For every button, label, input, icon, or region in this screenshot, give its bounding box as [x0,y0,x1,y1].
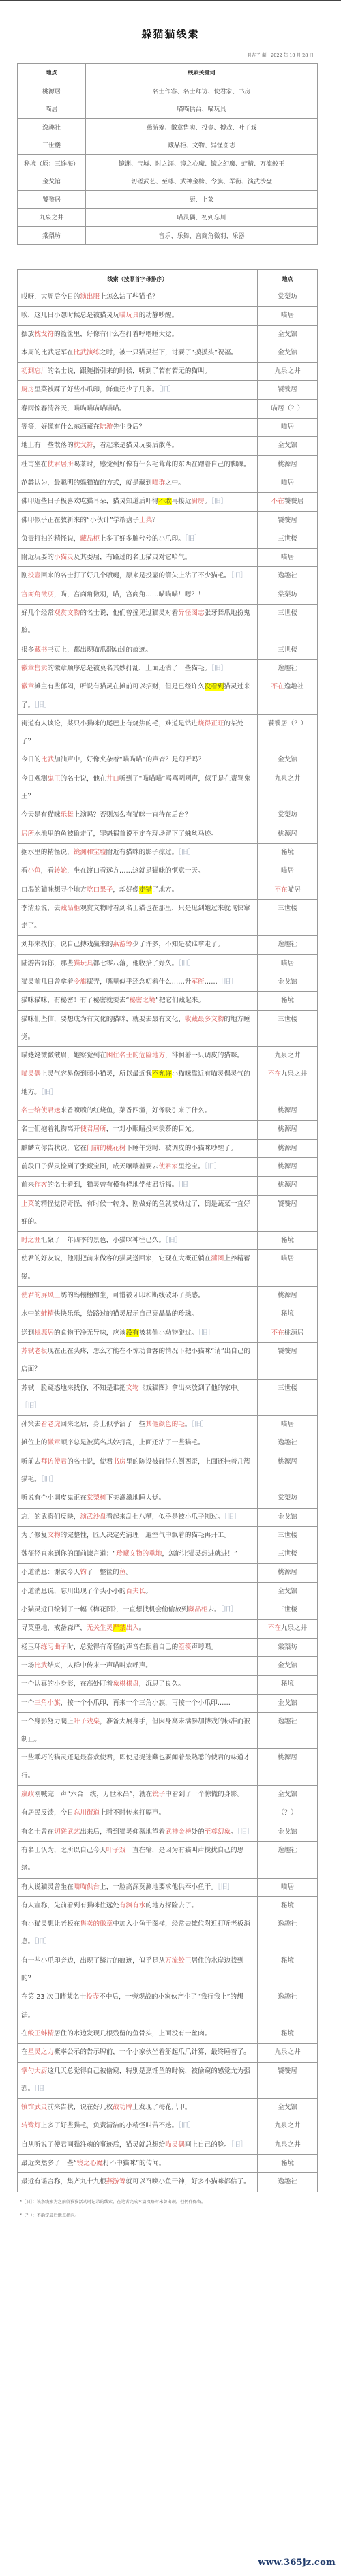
old-tag: ［旧］ [41,1089,57,1096]
clue-keyword: 看老虎 [41,1421,61,1428]
clue-text: 喝茶时，感觉到好像有什么毛茸茸的东西在蹭着自己的脚踝。 [74,461,250,468]
clue-cell: 宫商角徵羽，喵，宫商角徵羽，喵，宫商角……喵喵喵！嗯？！ [18,586,258,604]
location-cell: 饕餮居 [258,381,318,399]
clue-row: 送到桃源居的食物干净无异味，应该没有被其他小动物碰过。［旧］不在桃源居 [18,1324,318,1342]
old-tag: ［旧］ [178,960,194,967]
clue-keyword: 喵玩具 [119,312,139,319]
location-name: 三世楼 [278,609,297,617]
clue-keyword: 掌勺大厨 [21,2067,47,2075]
clue-text: 附近玩耍的 [21,554,54,561]
clue-keyword: 叶子戏桌 [74,1718,100,1725]
clue-keyword: 转轮 [54,867,67,875]
location-name: 秘境 [281,1957,294,1965]
clue-text: 苏轼一脸疑惑地来找你，不知是谁把 [21,1384,126,1392]
location-name: 逸趣社 [278,1718,297,1725]
clue-text: 上发现了梅花爪印。 [132,2104,191,2111]
clue-row: 初到忘川的名士说，跟随指引来的时候，听到了若有若无的猫叫。九泉之井 [18,363,318,381]
location-name: 饕餮居 [278,386,297,393]
location-name: 棠梨坊 [278,293,297,301]
clue-cell: 有名士曾在切磋武艺出来后，看到猫灵仰慕地望着武神金榜处的至尊幻象。［旧］ [18,1823,258,1841]
clue-keyword: 比武演练 [74,349,100,357]
clue-keyword: 至尊幻象 [205,1828,231,1836]
clue-text: 佛印似乎正在教新来的“小伙计”学端盘子 [21,517,139,524]
location-cell: 九泉之井 [258,363,318,381]
clue-keyword: 三角小旗 [34,1699,60,1707]
location-name: 桃源居 [278,461,297,468]
clue-cell: 猫灵前几日曾拿着令旗摆弄，嘴里似乎还念叨着什么……升军衔……［旧］ [18,973,258,991]
clue-keyword: 藏品柜 [80,535,100,543]
clue-row: 小道消息说，忘川出现了个头小小的百夫长。金戈馆 [18,1582,318,1601]
location-cell: 三世楼 [18,136,86,155]
clue-text: 时，总觉得有奇怪的声音在跟着自己的 [67,1643,178,1651]
clue-cell: 摆放枕戈符的篮筐里，好像有什么在打着呼噜睡大觉。 [18,325,258,344]
clue-cell: 小道消息：谢玄今天钓了一整筐的鱼。 [18,1564,258,1582]
clue-cell: 街道有人谈论，某只小猫咪的尾巴上有烧焦的毛，难道是钻进烧得正旺的某处了？ [18,714,258,751]
clue-keyword: 叶子戏 [106,1847,126,1854]
location-cell: 秘境 [258,2025,318,2043]
not-here-prefix: 不在 [271,683,284,691]
clue-keyword: 鬼王 [47,775,60,783]
clue-text: 在 [21,2048,28,2056]
clue-highlight: 不允许 [152,1070,172,1078]
clue-keyword: 无关生灵 [87,1624,113,1632]
keywords-cell: 燕游筹、徽章售卖、投壶、搏戏、叶子戏 [86,118,318,136]
clue-cell: 寻英重地，戒备森严，无关生灵严禁出入。 [18,1620,258,1638]
clue-text: 中看到了一个惊慌的身影。 [165,1791,243,1798]
clue-cell: 名士们抱着礼物离开使君居所，一对小眼睛投来羡慕的目光。 [18,1121,258,1139]
location-cell: 逸趣社 [258,1915,318,1952]
clue-text: 一些乖巧的猫灵还是最喜欢使君，即使是捉迷藏也要闻着最熟悉的使君的味道才行。 [21,1754,250,1779]
old-tag: ［旧］ [21,1402,41,1410]
clue-text: 一个 [21,1699,34,1707]
location-name: 金戈馆 [278,1699,297,1707]
location-cell: 逸趣社 [258,1988,318,2025]
clue-cell: 在鲛王蚌精居住的水边发现几根残留的鱼骨头，上面没有一丝肉。 [18,2025,258,2043]
clue-row: 猫咪们坚信，要想成为有文化的猫咪，就要去最有文化、收藏最多文物的地方睡觉。三世楼 [18,1010,318,1047]
clue-cell: 自从听说了使君画猫注魂的事迹后，猫灵就总想给喵灵偶画上自己的脸。［旧］ [18,2136,258,2154]
clue-row: 有名士曾在切磋武艺出来后，看到猫灵仰慕地望着武神金榜处的至尊幻象。［旧］金戈馆 [18,1823,318,1841]
location-cell: 九泉之井 [258,770,318,806]
clue-text: 画上自己的脸。 [185,2141,231,2149]
old-tag: ［旧］ [41,1476,57,1483]
clue-keyword: 投壶 [28,572,41,579]
location-cell: 喵居 [258,1416,318,1434]
clue-text: 有人宣称，先前看到有猫咪往远处 [21,1902,119,1909]
clue-cell: 佛印近些日子极喜欢吃猫耳朵，猫灵知道后吓得不敢再接近厨房。［旧］ [18,493,258,511]
clue-row: 徽章摊主有些郁闷，听说有猫灵在摊前可以招财，但是已经许久没看到猫灵过来了。［旧］… [18,678,318,715]
clue-row: 有小猫灵想让老板在售卖的徽章中加入小鱼干图样，经常去摊位附近打听老板消息。［旧］… [18,1915,318,1952]
clue-cell: 前段日子猫灵捡到了张藏宝图，成天嚷嚷着要去使君家里挖宝。［旧］ [18,1157,258,1176]
location-cell: 不在饕餮居 [258,493,318,511]
clue-keyword: 拜访使君 [41,1458,67,1466]
clue-text: 刘邦来找你，说自己搏戏赢来的 [21,941,113,948]
clue-text: 春雨惊春清谷天，喵喵喵喵喵喵喵。 [21,405,126,412]
clue-text: 之中。 [165,479,185,487]
clue-cell: 今天是有猫咪乐舞上演吗？否则怎么有猫咪一直待在后台？ [18,806,258,825]
old-tag: ［旧］ [211,498,227,505]
clue-text: 里菜被踩了好些小爪印，鲜鱼还少了几条。 [34,386,158,393]
clue-row: 摆放枕戈符的篮筐里，好像有什么在打着呼噜睡大觉。金戈馆 [18,325,318,344]
clue-keyword: 珍藏文物的重地 [116,1550,162,1558]
clue-text: 猫咪们坚信，要想成为有文化的猫咪，就要去最有文化、 [21,1016,185,1023]
clue-row: 名士给使君送来香喷喷的红烧鱼，菜香四溢，好像吸引来了什么。桃源居 [18,1102,318,1121]
location-name: 喵居 [281,554,294,561]
location-name: 金戈馆 [278,349,297,357]
clue-keyword: 枕戈符 [74,442,93,449]
location-name: 桃源居 [278,1145,297,1152]
location-name: 逸趣社 [278,1920,297,1928]
clue-keyword: 烧得正旺 [198,720,224,727]
clue-text: ，按一个小爪印，再来一个三角小旗，再按一个小爪印…… [61,1699,231,1707]
clue-row: 使君的屏风上绣的鸟栩栩如生，可惜被牙印和断线破坏了美感。桃源居 [18,1287,318,1305]
location-cell: 金戈馆 [18,172,86,191]
clue-row: 据水里的精怪说，镜渊和宝墟附近有猫咪的影子掠过。［旧］秘境 [18,843,318,862]
clue-keyword: 井口 [106,775,119,783]
clue-row: 喵灵偶上灵气容易伤到弱小猫灵，所以最近我不允许小猫咪靠近有喵灵偶灵气的地方。［旧… [18,1065,318,1102]
old-tag: ［旧］ [158,386,175,393]
clue-text: 及其委屈，有路过的名士猫灵对它哈气。 [74,554,192,561]
clue-cell: 孙策去看老虎回来之后，身上似乎沾了一些其他颜色的毛。［旧］ [18,1416,258,1434]
clue-highlight: 没看到 [205,683,224,691]
location-name: 逸趣社 [278,941,297,948]
clue-text: 名士们抱着礼物离开 [21,1125,80,1133]
clue-cell: 徽章售卖的徽章顺序总是被莫名其妙打乱，上面还沾了一些猫毛。［旧］ [18,659,258,678]
location-cell: 不在逸趣社 [258,678,318,715]
clue-row: 宫商角徵羽，喵，宫商角徵羽，喵，宫商角……喵喵喵！嗯？！棠梨坊 [18,586,318,604]
location-name: 桃源居 [278,830,297,838]
clue-row: 名士们抱着礼物离开使君居所，一对小眼睛投来羡慕的目光。桃源居 [18,1121,318,1139]
clue-text: 有名士曾在 [21,1828,54,1836]
clue-row: 一场比武结束，人群中传来一声喵叫欢呼声。金戈馆 [18,1656,318,1675]
clue-keyword: 练习曲子 [41,1643,67,1651]
clue-cell: 初到忘川的名士说，跟随指引来的时候，听到了若有若无的猫叫。 [18,363,258,381]
clue-keyword: 燕游筹 [106,2178,126,2185]
clue-text: 的名士说，使君 [67,1458,113,1466]
location-cell: 金戈馆 [258,1786,318,1804]
clue-text: 地上有一些散落的 [21,442,74,449]
clue-cell: 一个身影努力爬上叶子戏桌，准备大展身手，但因身高未满参加搏戏的标准而被制止。 [18,1712,258,1749]
clue-keyword: 万流鲛王 [165,1957,191,1965]
clue-cell: 居所水池里的鱼被偷走了，罪魁祸首说不定在现场留下了蛛丝马迹。 [18,825,258,843]
clue-keyword: 箜篌 [178,1643,191,1651]
clue-row: 麒麟向你告状说，它在门前的桃花树下睡午觉时，被调皮的小猫咪吵醒了。桃源居 [18,1139,318,1157]
clue-text: 。 [126,1569,133,1576]
location-name: 饕餮居 [278,517,297,524]
location-name: 秘境 [281,1310,294,1318]
location-cell: 棠梨坊 [18,226,86,245]
clue-cell: 听前去拜访使君的名士说，使君书房里的陈设被碰得东倒西歪，上面还挂着几簇猫毛。［旧… [18,1453,258,1489]
clue-keyword: 厨房 [21,386,34,393]
location-name: 逸趣社 [278,1847,297,1854]
clue-text: 佛印近些日子极喜欢吃猫耳朵，猫灵知道后吓得 [21,498,158,505]
clue-keyword: 初到忘川 [21,367,47,375]
clue-keyword: 观赏文物 [54,609,80,617]
clue-row: 最近有谣言称，集齐九十九根燕游筹就可以召唤小鱼干神，好多小猫咪都信了。逸趣社 [18,2173,318,2192]
clue-text: 使君的好友说，他刚把前来做客的猫灵送回家，它现在大概正躺在 [21,1255,211,1262]
location-name: 喵居 [281,1255,294,1262]
clue-text: 在第 23 次目睹某名士 [21,1993,86,2001]
location-name: 金戈馆 [278,1662,297,1669]
location-cell: 不在桃源居 [258,1324,318,1342]
location-cell: 三世楼 [258,605,318,641]
location-cell: 喵居 [258,954,318,973]
clue-cell: 等等，好像有什么东西藏在陆游先生身后？ [18,419,258,437]
clue-text: 的名士说，跟随指引来的时候，听到了若有若无的猫叫。 [47,367,211,375]
clue-keyword: 藏品柜 [188,1606,208,1613]
clue-cell: 小猫灵近日绘制了一幅《梅花图》，一直想找机会偷偷放到藏品柜去。［旧］ [18,1601,258,1620]
location-name: 九泉之井 [281,1624,307,1632]
location-name: 桃源居 [278,1569,297,1576]
clue-cell: 一个认真的小身影，在高处盯着象棋棋盘，沉思了良久。 [18,1676,258,1694]
location-name: 秘境 [281,2160,294,2167]
clue-text: ，看 [41,867,54,875]
clue-keyword: 忘川街道 [74,1809,100,1817]
clue-keyword: 其他颜色的毛 [145,1421,185,1428]
clue-cell: 有人说猫灵曾坐在喵喵供台上，一脸高深莫测地要求他供奉小鱼干。［旧］ [18,1878,258,1896]
clue-cell: 前来作客的名士看到，猫灵曾有模有样地学使君祈福。［旧］ [18,1177,258,1195]
header-location: 地点 [258,270,318,288]
clue-row: 本周的比武冠军在比武演练之时，被一只猫灵拦下，讨要了“摸摸头”祝福。金戈馆 [18,344,318,362]
location-cell: 饕餮居 [258,1195,318,1232]
footnote-uncertain: *（？）：不确定最后地点指向。 [20,2209,341,2223]
location-cell: 饕餮居 [18,190,86,209]
location-cell: 九泉之井 [18,209,86,227]
clue-cell: 小道消息说，忘川出现了个头小小的百夫长。 [18,1582,258,1601]
clue-keyword: 吃口果子 [87,886,113,894]
location-name: 金戈馆 [278,1828,297,1836]
location-name: 三世楼 [278,1384,297,1392]
location-name: 桃源居 [278,1125,297,1133]
clue-cell: 佛印似乎正在教新来的“小伙计”学端盘子上菜？ [18,511,258,530]
location-name: 桃源居 [278,1458,297,1466]
clue-cell: 李清照说，去藏品柜观赏文物时看到名士猫也在那里，只是见到她过来就飞快窜走了。 [18,899,258,936]
clue-keyword: 蒲团 [211,1255,224,1262]
clue-keyword: 厨房 [191,498,204,505]
clue-text: 的精怪觉得奇怪，有时候一转身，刚做好的鱼就被动过了，倒是蔬菜一直好好的。 [21,1200,250,1226]
clue-row: 镇馆武灵前来告状，说在好几枚战功牌上发现了梅花爪印。金戈馆 [18,2099,318,2117]
clue-keyword: 居所 [21,830,34,838]
clue-row: 猫咪猫咪，有秘密！有了秘密就要去“秘密之境”把它们藏起来。秘境 [18,992,318,1010]
clue-keyword: 蚌精 [41,1310,54,1318]
clue-keyword: 有渊有水 [119,1902,145,1909]
location-cell: 桃源居 [258,1102,318,1121]
clue-text: 刚 [21,572,28,579]
clue-text: 。 [139,1624,146,1632]
location-cell: 三世楼 [258,1545,318,1564]
clue-text: 的食物干净无异味，应该 [54,1329,126,1337]
location-name: 喵居 [281,312,294,319]
location-cell: 桃源居 [258,1177,318,1195]
clue-keyword: 小猫灵 [54,554,74,561]
clue-text: ，徘徊着一只调皮的猫咪。 [165,1052,243,1059]
keyword-table: 地点 线索关键词 桃源居名士作客、名士拜访、使君家、书房喵居喵喵供台、喵玩具逸趣… [17,63,318,245]
clue-cell: 有人宣称，先前看到有猫咪往远处有渊有水的地方探险去了。 [18,1896,258,1915]
old-tag: ［旧］ [185,535,201,543]
location-name: 棠梨坊 [278,1643,297,1651]
clue-text: 先生身后？ [113,423,145,431]
clue-text: 小道消息：谢玄今天 [21,1569,80,1576]
clue-keyword: 喵灵偶 [165,2141,185,2149]
clue-text: 本周的比武冠军在 [21,349,74,357]
clue-keyword: 文物 [47,1532,60,1539]
author-date-byline: 且在子 制 2022 年 10 月 28 日 [0,52,341,59]
old-tag: ［旧］ [231,2141,247,2149]
clue-cell: 地上有一些散落的枕戈符，看起来是猫灵玩耍后散落。 [18,437,258,455]
clue-cell: 时之涯汇聚了一年四季的景色，小猫咪神往已久。［旧］ [18,1232,258,1250]
clue-row: 为了修复文物的完整性，匠人决定先清理一遍空气中飘着的猫毛再开工。三世楼 [18,1526,318,1545]
location-name: 三世楼 [278,1550,297,1558]
clue-text: ，坐在渡口看远方……这就是猫咪的惬意一天。 [67,867,204,875]
location-name: 三世楼 [278,1532,297,1539]
location-cell: 金戈馆 [258,344,318,362]
location-name: 棠梨坊 [278,1494,297,1502]
location-cell: 棠梨坊 [258,806,318,825]
clue-text: 上演吗？否则怎么有猫咪一直待在后台？ [74,811,192,819]
clue-text: 自从听说了使君画猫注魂的事迹后，猫灵就总想给 [21,2141,165,2149]
location-name: 金戈馆 [278,1791,297,1798]
clue-text: 上多了好多脏兮兮的小爪印。 [100,535,185,543]
location-cell: 秘境 [258,992,318,1010]
clue-row: 忘川的武将们反映，演武沙盘看起来乱七八糟，似乎是被小爪子刨过。［旧］金戈馆 [18,1508,318,1526]
clue-text: 去。 [207,1606,220,1613]
location-cell: 棠梨坊 [258,586,318,604]
keyword-row: 喵居喵喵供台、喵玩具 [18,100,318,119]
clue-text: 听说有个小调皮鬼正在 [21,1494,87,1502]
clue-text: 前来告状，说在好几枚 [47,2104,113,2111]
clue-text: 摆弄，嘴里似乎还念叨着什么……升 [87,978,192,986]
clue-text: 小道消息说，忘川出现了个头小小的 [21,1588,126,1595]
clue-row: 负责打扫的精怪说，藏品柜上多了好多脏兮兮的小爪印。［旧］三世楼 [18,530,318,548]
clue-text: 打不中猫咪”的传闻。 [103,2160,165,2167]
clue-text: 猫咪猫咪，有秘密！有了秘密就要去“ [21,997,129,1004]
clue-text: 里挖宝。 [178,1163,204,1170]
clue-row: 佛印似乎正在教新来的“小伙计”学端盘子上菜？饕餮居 [18,511,318,530]
clue-row: 春雨惊春清谷天，喵喵喵喵喵喵喵。喵居（？） [18,399,318,418]
not-here-prefix: 不在 [268,1070,281,1078]
clue-text: 结束，人群中传来一声喵叫欢呼声。 [47,1662,152,1669]
clue-keyword: 异怪图志 [178,609,204,617]
clue-text: 看起来乱七八糟，似乎是被小爪子刨过。 [106,1513,224,1521]
clue-keyword: 使君家 [158,1163,178,1170]
location-name: 棠梨坊 [278,591,297,598]
clue-keyword: 乐舞 [61,811,74,819]
location-cell: 喵居 [258,307,318,325]
clue-cell: 有居民反馈，今日忘川街道上时不时传来打嗝声。 [18,1804,258,1823]
old-tag: ［旧］ [198,1329,214,1337]
location-cell: 三世楼 [258,1010,318,1047]
clue-text: ，看起来是猫灵玩耍后散落。 [93,442,179,449]
clue-cell: 水中的蚌精快快乐乐，给路过的猫灵展示自己亮晶晶的珍珠。 [18,1305,258,1324]
clue-cell: 本周的比武冠军在比武演练之时，被一只猫灵拦下，讨要了“摸摸头”祝福。 [18,344,258,362]
clue-keyword: 徽章售卖 [21,665,47,672]
location-name: 逸趣社 [284,683,304,691]
clue-row: 街道有人谈论，某只小猫咪的尾巴上有烧焦的毛，难道是钻进烧得正旺的某处了？饕餮居（… [18,714,318,751]
clue-text: 听前去 [21,1458,41,1466]
clue-highlight: 走错 [139,886,152,894]
clue-text: ，沉思了良久。 [139,1680,185,1688]
location-cell: 桃源居 [258,455,318,474]
clue-keyword: 象棋棋盘 [113,1680,138,1688]
keywords-cell: 藏品柜、文物、异怪图志 [86,136,318,155]
clue-keyword: 转鹭灯 [21,2122,41,2130]
location-cell: 三世楼 [258,1526,318,1545]
keywords-cell: 镜渊、宝墟、时之涯、镜之心魔、镜之幻魔、蚌精、万流鲛王 [86,154,318,172]
clue-row: 寻英重地，戒备森严，无关生灵严禁出入。不在九泉之井 [18,1620,318,1638]
clue-row: 听前去拜访使君的名士说，使君书房里的陈设被碰得东倒西歪，上面还挂着几簇猫毛。［旧… [18,1453,318,1489]
clue-text: 。 [145,1588,152,1595]
clue-keyword: 镜渊和宝墟 [74,849,106,856]
clue-keyword: 困住名士的危险地方 [106,1052,165,1059]
keywords-cell: 名士作客、名士拜访、使君家、书房 [86,82,318,100]
clue-cell: 徽章摊主有些郁闷，听说有猫灵在摊前可以招财，但是已经许久没看到猫灵过来了。［旧］ [18,678,258,715]
keyword-table-header: 地点 线索关键词 [18,64,318,82]
clue-cell: 哎呀，大周后今日的演出服上怎么沾了些猫毛？ [18,288,258,307]
keyword-row: 棠梨坊音乐、乐舞、宫商角徵羽、乐器 [18,226,318,245]
clue-row: 有人说猫灵曾坐在喵喵供台上，一脸高深莫测地要求他供奉小鱼干。［旧］喵居 [18,1878,318,1896]
old-tag: ［旧］ [165,1237,181,1244]
clue-cell: 在星灵之力概率公示的告示牌前，一个小家伙坐着掰起爪爪计算，最终睡着了。 [18,2044,258,2062]
clue-text: 范蠡认为，最聪明的躲猫猫的方式，就是藏到 [21,479,152,487]
clue-cell: 忘川的武将们反映，演武沙盘看起来乱七八糟，似乎是被小爪子刨过。［旧］ [18,1508,258,1526]
clue-text: 前段日子猫灵捡到了张藏宝图，成天嚷嚷着要去 [21,1163,158,1170]
clue-text: 摆放 [21,331,34,338]
clue-keyword: 切磋武艺 [54,1828,80,1836]
clue-cell: 唉，这几日小憩时候总是被猫灵玩喵玩具的动静吵醒。 [18,307,258,325]
clue-text: 书页上，都出现喵爪翻动过的痕迹。 [47,646,152,654]
clue-text: 送到 [21,1329,34,1337]
clue-cell: 今日观测鬼王的名士说，他在井口听到了“喵喵喵”骂骂咧咧声，似乎是在责骂鬼王？ [18,770,258,806]
clue-row: 一个认真的小身影，在高处盯着象棋棋盘，沉思了良久。秘境 [18,1676,318,1694]
clue-cell: 春雨惊春清谷天，喵喵喵喵喵喵喵。 [18,399,258,418]
location-name: 九泉之井 [274,2141,300,2149]
clue-cell: 在第 23 次目睹某名士投壶不中后，一旁观战的小家伙产生了“我行我上”的想法。 [18,1988,258,2025]
location-cell: 逸趣社 [258,1712,318,1749]
location-cell: 金戈馆 [258,1656,318,1675]
clue-row: 在第 23 次目睹某名士投壶不中后，一旁观战的小家伙产生了“我行我上”的想法。逸… [18,1988,318,2025]
clue-keyword: 比武 [41,756,54,763]
location-name: 三世楼 [278,535,297,543]
clue-cell: 猫咪们坚信，要想成为有文化的猫咪，就要去最有文化、收藏最多文物的地方睡觉。 [18,1010,258,1047]
clue-keyword: 棠梨树 [87,1494,106,1502]
clue-keyword: 战功牌 [113,2104,132,2111]
keyword-row: 九泉之井喵灵偶、初到忘川 [18,209,318,227]
clue-keyword: 百夫长 [126,1588,146,1595]
header-keywords: 线索关键词 [86,64,318,82]
clue-text: 之时，被一只猫灵拦下，讨要了“摸摸头”祝福。 [100,349,237,357]
clue-text: 一个身影努力爬上 [21,1718,74,1725]
clue-text: 唉，这几日小憩时候总是被猫灵玩 [21,312,119,319]
location-name: 九泉之井 [274,775,300,783]
location-cell: 桃源居 [258,1453,318,1489]
clue-keyword: 使君居所 [47,461,73,468]
clue-text: 忘川的武将们反映， [21,1513,80,1521]
clue-keyword: 武神金榜 [165,1828,191,1836]
location-cell: 三世楼 [258,899,318,936]
clue-text: 就可以召唤小鱼干神，好多小猫咪都信了。 [126,2178,250,2185]
clue-table: 线索（按照首字母排序） 地点 哎呀，大周后今日的演出服上怎么沾了些猫毛？棠梨坊唉… [17,269,318,2192]
clue-text: 快快乐乐，给路过的猫灵展示自己亮晶晶的珍珠。 [54,1310,198,1318]
location-cell: 喵居（？） [258,399,318,418]
clue-cell: 转鹭灯上多了好些猫毛，负责清洁的小精怪叫苦不迭。［旧］ [18,2117,258,2136]
keyword-row: 桃源居名士作客、名士拜访、使君家、书房 [18,82,318,100]
clue-row: 一个身影努力爬上叶子戏桌，准备大展身手，但因身高未满参加搏戏的标准而被制止。逸趣… [18,1712,318,1749]
clue-cell: 有小猫灵想让老板在售卖的徽章中加入小鱼干图样，经常去摊位附近打听老板消息。［旧］ [18,1915,258,1952]
clue-text: 在 [21,2030,28,2037]
location-cell: 金戈馆 [258,437,318,455]
clue-text: 回来之后，身上似乎沾了一些 [61,1421,146,1428]
clue-row: 附近玩耍的小猫灵及其委屈，有路过的名士猫灵对它哈气。喵居 [18,549,318,567]
clue-keyword: 陆游 [100,423,113,431]
